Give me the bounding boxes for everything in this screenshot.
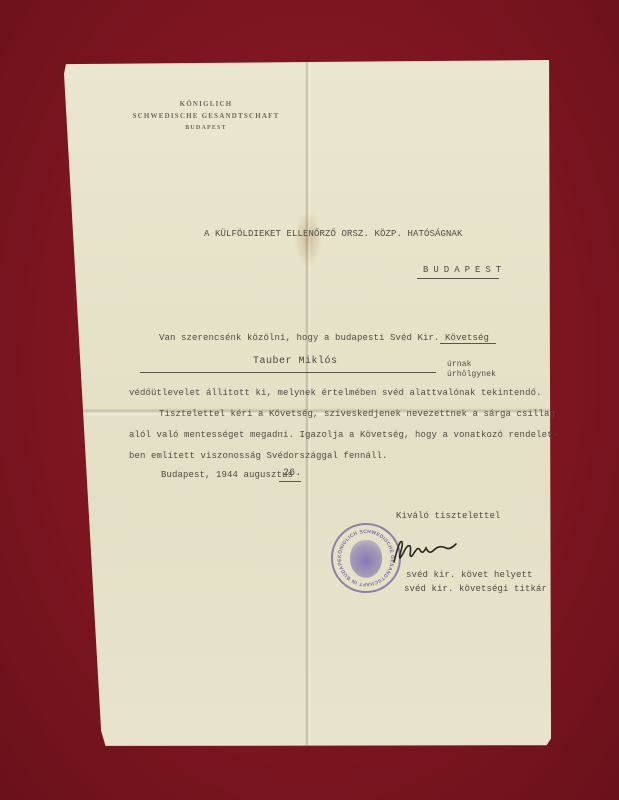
crown-coat-of-arms-icon [350,540,382,578]
letterhead-line-2: SCHWEDISCHE GESANDTSCHAFT [104,110,308,122]
letterhead: KÖNIGLICH SCHWEDISCHE GESANDTSCHAFT BUDA… [104,98,308,134]
body-line-3: Tisztelettel kéri a Követség, szíveskedj… [159,409,555,419]
honorific-female: úrhölgynek [447,370,496,379]
addressee-line: A KÜLFÖLDIEKET ELLENŐRZŐ ORSZ. KÖZP. HAT… [204,229,463,239]
letterhead-line-1: KÖNIGLICH [104,98,308,110]
letterhead-line-3: BUDAPEST [104,122,308,134]
closing-title-2: svéd kir. követségi titkár [404,584,547,594]
city-underline [417,278,499,279]
body-line-4: alól való mentességet megadni. Igazolja … [129,430,558,440]
document-paper [64,60,552,748]
body-line-1: Van szerencsénk közölni, hogy a budapest… [159,333,489,343]
signature [390,536,460,566]
addressee-city: BUDAPEST [423,265,506,275]
closing-greeting: Kiváló tisztelettel [396,511,501,521]
body-line-2: védőütlevelet állított ki, melynek értel… [129,388,542,398]
honorific-male: úrnak [447,360,472,369]
closing-title-1: svéd kir. követ helyett [406,570,533,580]
recipient-name: Tauber Miklós [253,356,338,367]
date-prefix: Budapest, 1944 augusztus [161,470,293,480]
date-day: 26. [283,468,301,479]
date-underline [279,481,301,482]
name-rule [140,372,436,373]
body-line-5: ben említett viszonosság Svédországgal f… [129,451,388,461]
body-line-1-rule [440,343,496,344]
